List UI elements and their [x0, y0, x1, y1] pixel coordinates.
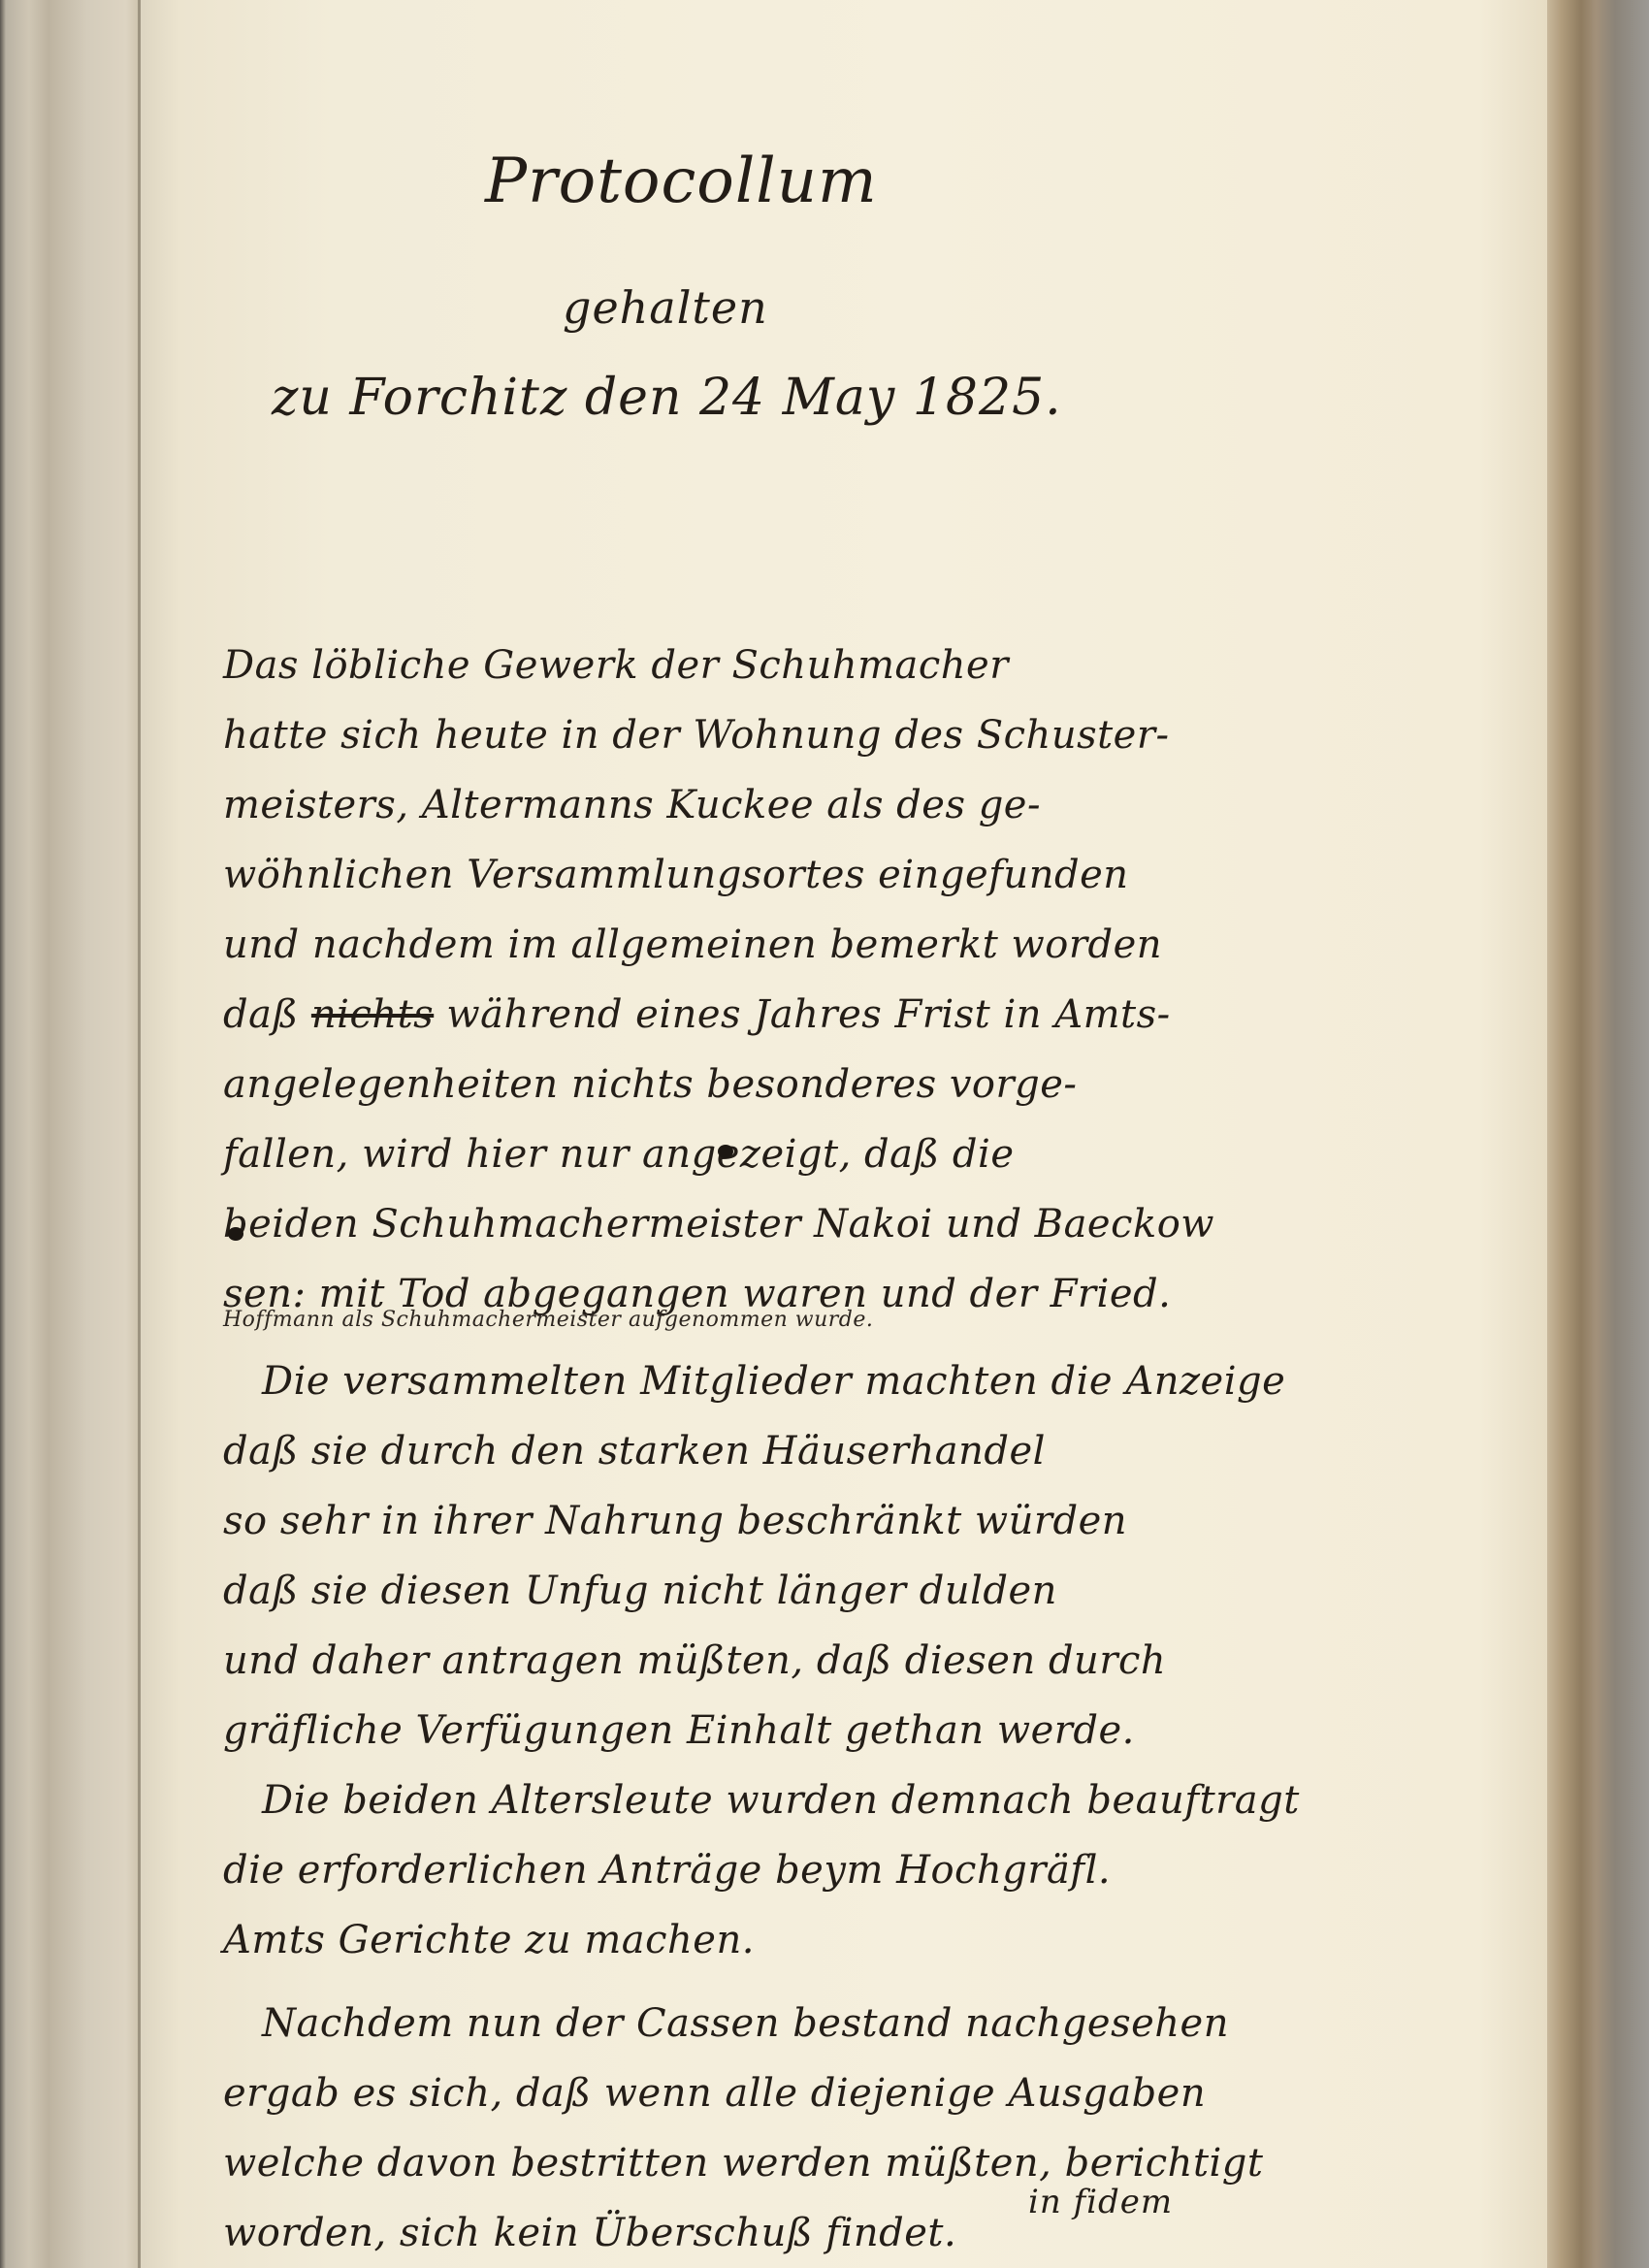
body-line: Die versammelten Mitglieder machten die …	[223, 1346, 1484, 1416]
body-line: beiden Schuhmachermeister Nakoi und Baec…	[223, 1189, 1484, 1259]
ink-blot	[718, 1145, 733, 1158]
body-line: so sehr in ihrer Nahrung beschränkt würd…	[223, 1486, 1484, 1556]
body-line: daß nichts während eines Jahres Frist in…	[223, 980, 1484, 1050]
interlinear-insertion: Hoffmann als Schuhmachermeister aufgenom…	[223, 1308, 1484, 1333]
document-subtitle: gehalten	[563, 281, 768, 334]
body-line: und daher antragen müßten, daß diesen du…	[223, 1626, 1484, 1696]
body-line: angelegenheiten nichts besonderes vorge-	[223, 1050, 1484, 1119]
protocol-body: Das löbliche Gewerk der Schuhmacher hatt…	[223, 631, 1484, 2268]
page-edge-right	[1547, 0, 1649, 2268]
body-line: wöhnlichen Versammlungsortes eingefunden	[223, 840, 1484, 910]
body-text: während eines Jahres Frist in Amts-	[434, 992, 1170, 1037]
struck-word: nichts	[311, 992, 434, 1037]
closing-formula: in fidem	[1028, 2183, 1173, 2221]
body-line: daß sie durch den starken Häuserhandel	[223, 1416, 1484, 1486]
body-line: ergab es sich, daß wenn alle diejenige A…	[223, 2058, 1484, 2128]
document-title: Protocollum	[485, 146, 878, 217]
body-line: Das löbliche Gewerk der Schuhmacher	[223, 631, 1484, 700]
body-line: meisters, Altermanns Kuckee als des ge-	[223, 770, 1484, 840]
body-line: Nachdem nun der Cassen bestand nachgeseh…	[223, 1989, 1484, 2058]
body-line: und nachdem im allgemeinen bemerkt worde…	[223, 910, 1484, 980]
body-line: Amts Gerichte zu machen.	[223, 1905, 1484, 1975]
body-line: fallen, wird hier nur angezeigt, daß die	[223, 1119, 1484, 1189]
body-line: worden, sich kein Überschuß findet.	[223, 2198, 1484, 2268]
body-line: daß sie diesen Unfug nicht länger dulden	[223, 1556, 1484, 1626]
body-line: die erforderlichen Anträge beym Hochgräf…	[223, 1835, 1484, 1905]
body-line: gräfliche Verfügungen Einhalt gethan wer…	[223, 1696, 1484, 1766]
ink-blot	[228, 1227, 243, 1241]
body-line: welche davon bestritten werden müßten, b…	[223, 2128, 1484, 2198]
body-line: hatte sich heute in der Wohnung des Schu…	[223, 700, 1484, 770]
book-binding-left	[0, 0, 141, 2268]
body-text: daß	[223, 992, 311, 1037]
document-dateline: zu Forchitz den 24 May 1825.	[272, 369, 1062, 427]
body-line: Die beiden Altersleute wurden demnach be…	[223, 1766, 1484, 1835]
